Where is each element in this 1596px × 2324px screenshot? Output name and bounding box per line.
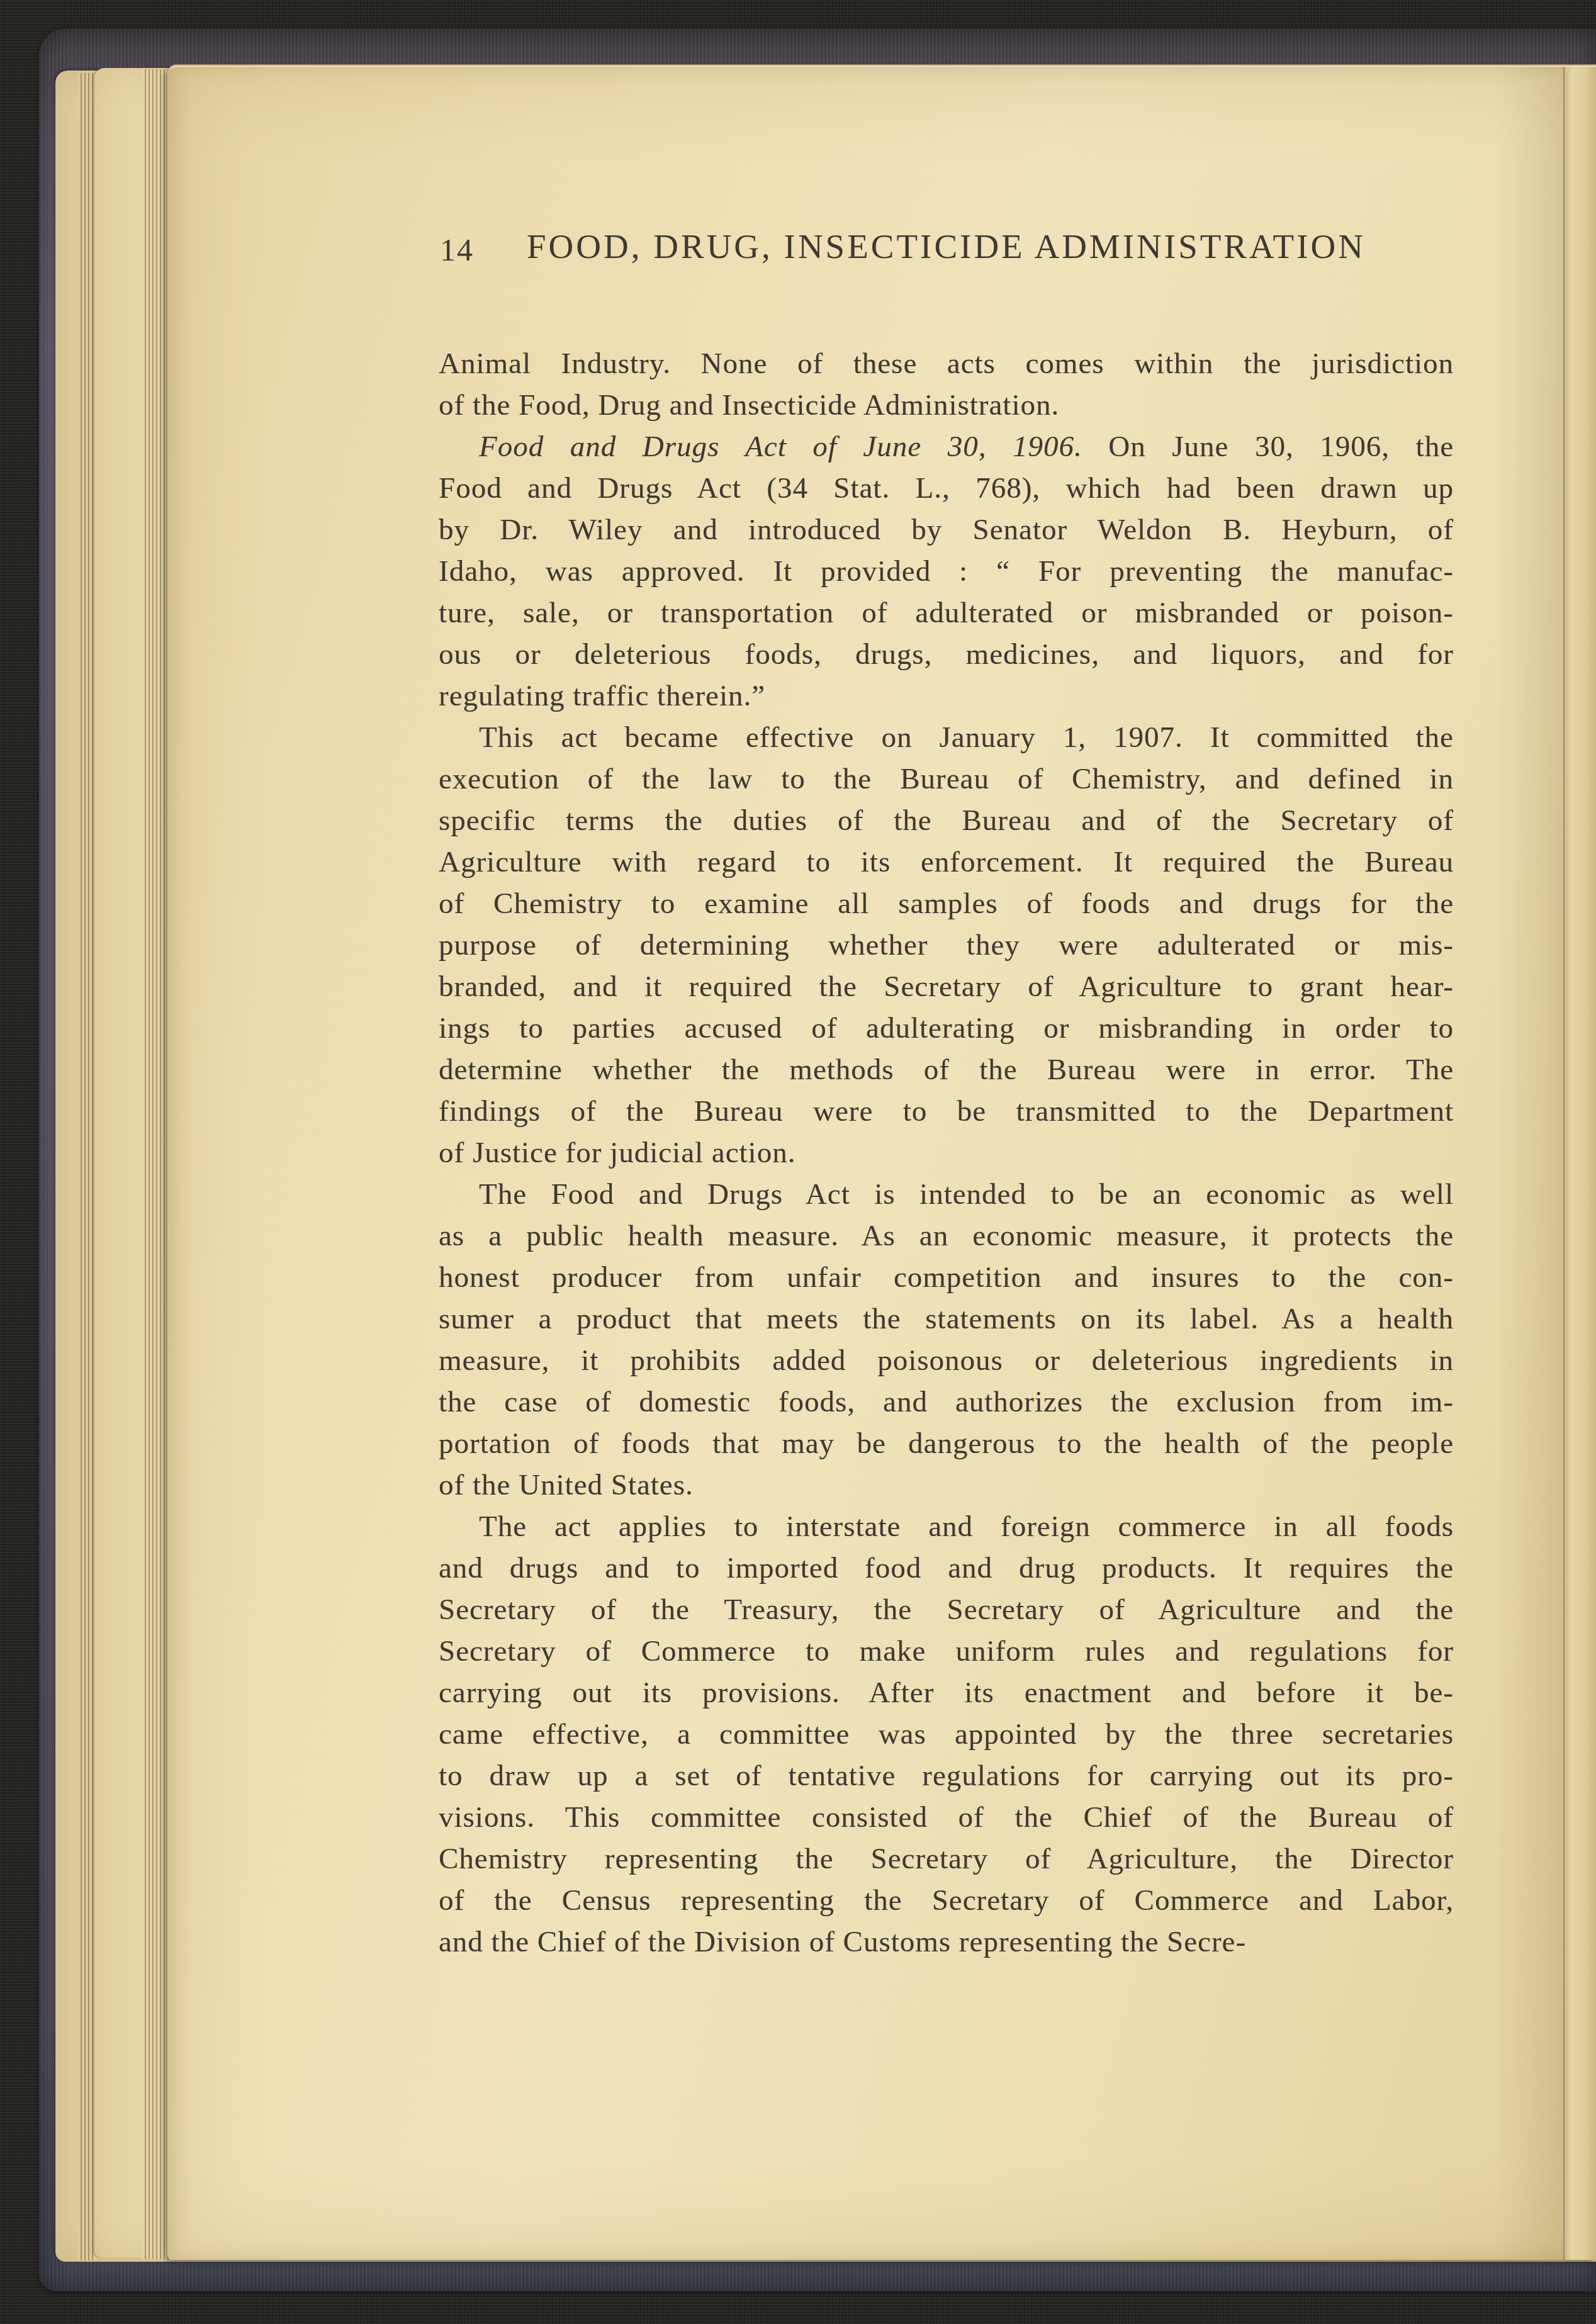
text-segment: purpose of determining whether they were… bbox=[439, 929, 1454, 962]
text-line: branded, and it required the Secretary o… bbox=[439, 966, 1454, 1008]
text-segment: On June 30, 1906, the bbox=[1082, 430, 1454, 463]
text-segment: Animal Industry. None of these acts come… bbox=[439, 347, 1454, 380]
text-segment: ture, sale, or transportation of adulter… bbox=[439, 597, 1454, 629]
text-segment: of the Census representing the Secretary… bbox=[439, 1884, 1454, 1917]
text-segment: came effective, a committee was appointe… bbox=[439, 1718, 1454, 1751]
text-segment: branded, and it required the Secretary o… bbox=[439, 970, 1454, 1003]
text-line: specific terms the duties of the Bureau … bbox=[439, 800, 1454, 841]
text-segment: Agriculture with regard to its enforceme… bbox=[439, 846, 1454, 879]
text-line: of Chemistry to examine all samples of f… bbox=[439, 883, 1454, 924]
text-line: Secretary of Commerce to make uniform ru… bbox=[439, 1631, 1454, 1672]
text-line: ings to parties accused of adulterating … bbox=[439, 1008, 1454, 1049]
page-right-fold bbox=[1563, 67, 1596, 2260]
text-line: Food and Drugs Act of June 30, 1906. On … bbox=[439, 426, 1454, 468]
text-segment: of Chemistry to examine all samples of f… bbox=[439, 887, 1454, 920]
book-page: 14 FOOD, DRUG, INSECTICIDE ADMINISTRATIO… bbox=[167, 65, 1596, 2260]
text-line: came effective, a committee was appointe… bbox=[439, 1714, 1454, 1755]
text-line: determine whether the methods of the Bur… bbox=[439, 1049, 1454, 1091]
scanned-book-photo: 14 FOOD, DRUG, INSECTICIDE ADMINISTRATIO… bbox=[0, 0, 1596, 2324]
text-segment: Food and Drugs Act (34 Stat. L., 768), w… bbox=[439, 472, 1454, 505]
text-line: as a public health measure. As an econom… bbox=[439, 1215, 1454, 1257]
text-segment: The act applies to interstate and foreig… bbox=[479, 1510, 1454, 1543]
page-header: 14 FOOD, DRUG, INSECTICIDE ADMINISTRATIO… bbox=[439, 224, 1454, 269]
text-line: regulating traffic therein.” bbox=[439, 675, 1454, 717]
text-line: Idaho, was approved. It provided : “ For… bbox=[439, 551, 1454, 592]
page-gutter-shading bbox=[1495, 67, 1565, 2260]
text-segment: The Food and Drugs Act is intended to be… bbox=[479, 1178, 1454, 1211]
text-segment: and the Chief of the Division of Customs… bbox=[439, 1926, 1246, 1958]
text-segment: visions. This committee consisted of the… bbox=[439, 1801, 1454, 1834]
text-segment: to draw up a set of tentative regulation… bbox=[439, 1760, 1454, 1792]
text-segment: findings of the Bureau were to be transm… bbox=[439, 1095, 1454, 1128]
text-segment: ings to parties accused of adulterating … bbox=[439, 1012, 1454, 1045]
text-segment: of the Food, Drug and Insecticide Admini… bbox=[439, 389, 1059, 422]
text-segment: regulating traffic therein.” bbox=[439, 680, 765, 712]
text-segment: Idaho, was approved. It provided : “ For… bbox=[439, 555, 1454, 588]
text-line: Agriculture with regard to its enforceme… bbox=[439, 841, 1454, 883]
text-line: visions. This committee consisted of the… bbox=[439, 1797, 1454, 1838]
italic-text-segment: Food and Drugs Act of June 30, 1906. bbox=[479, 430, 1082, 463]
text-segment: honest producer from unfair competition … bbox=[439, 1261, 1454, 1294]
text-line: Secretary of the Treasury, the Secretary… bbox=[439, 1589, 1454, 1631]
text-line: The Food and Drugs Act is intended to be… bbox=[439, 1174, 1454, 1215]
text-line: the case of domestic foods, and authoriz… bbox=[439, 1381, 1454, 1423]
text-line: sumer a product that meets the statement… bbox=[439, 1298, 1454, 1340]
text-segment: This act became effective on January 1, … bbox=[479, 721, 1454, 754]
text-line: carrying out its provisions. After its e… bbox=[439, 1672, 1454, 1714]
text-segment: Secretary of Commerce to make uniform ru… bbox=[439, 1635, 1454, 1668]
text-segment: carrying out its provisions. After its e… bbox=[439, 1676, 1454, 1709]
text-line: findings of the Bureau were to be transm… bbox=[439, 1091, 1454, 1132]
text-segment: specific terms the duties of the Bureau … bbox=[439, 804, 1454, 837]
page-number: 14 bbox=[440, 227, 474, 272]
page-body-text: Animal Industry. None of these acts come… bbox=[439, 343, 1454, 1963]
text-segment: Chemistry representing the Secretary of … bbox=[439, 1843, 1454, 1875]
text-line: measure, it prohibits added poisonous or… bbox=[439, 1340, 1454, 1381]
text-segment: execution of the law to the Bureau of Ch… bbox=[439, 763, 1454, 795]
text-line: ture, sale, or transportation of adulter… bbox=[439, 592, 1454, 634]
running-title: FOOD, DRUG, INSECTICIDE ADMINISTRATION bbox=[527, 227, 1366, 266]
text-segment: ous or deleterious foods, drugs, medicin… bbox=[439, 638, 1454, 671]
text-segment: sumer a product that meets the statement… bbox=[439, 1303, 1454, 1335]
text-line: of Justice for judicial action. bbox=[439, 1132, 1454, 1174]
text-line: This act became effective on January 1, … bbox=[439, 717, 1454, 758]
page-edge-stack-outer bbox=[142, 69, 169, 2259]
text-line: The act applies to interstate and foreig… bbox=[439, 1506, 1454, 1547]
page-edge-stack-inner bbox=[78, 73, 96, 2260]
text-line: and drugs and to imported food and drug … bbox=[439, 1547, 1454, 1589]
text-segment: of the United States. bbox=[439, 1469, 694, 1502]
text-line: by Dr. Wiley and introduced by Senator W… bbox=[439, 509, 1454, 551]
text-line: portation of foods that may be dangerous… bbox=[439, 1423, 1454, 1464]
text-line: Chemistry representing the Secretary of … bbox=[439, 1838, 1454, 1880]
text-line: and the Chief of the Division of Customs… bbox=[439, 1921, 1454, 1963]
text-line: execution of the law to the Bureau of Ch… bbox=[439, 758, 1454, 800]
text-segment: Secretary of the Treasury, the Secretary… bbox=[439, 1593, 1454, 1626]
text-segment: determine whether the methods of the Bur… bbox=[439, 1053, 1454, 1086]
text-line: of the Food, Drug and Insecticide Admini… bbox=[439, 385, 1454, 426]
text-line: of the United States. bbox=[439, 1464, 1454, 1506]
text-segment: measure, it prohibits added poisonous or… bbox=[439, 1344, 1454, 1377]
text-line: honest producer from unfair competition … bbox=[439, 1257, 1454, 1298]
text-segment: by Dr. Wiley and introduced by Senator W… bbox=[439, 514, 1454, 546]
text-line: purpose of determining whether they were… bbox=[439, 924, 1454, 966]
text-line: ous or deleterious foods, drugs, medicin… bbox=[439, 634, 1454, 675]
text-segment: of Justice for judicial action. bbox=[439, 1137, 795, 1169]
text-segment: portation of foods that may be dangerous… bbox=[439, 1427, 1454, 1460]
text-segment: as a public health measure. As an econom… bbox=[439, 1220, 1454, 1252]
text-segment: the case of domestic foods, and authoriz… bbox=[439, 1386, 1454, 1418]
text-line: to draw up a set of tentative regulation… bbox=[439, 1755, 1454, 1797]
text-line: Animal Industry. None of these acts come… bbox=[439, 343, 1454, 385]
text-line: Food and Drugs Act (34 Stat. L., 768), w… bbox=[439, 468, 1454, 509]
text-segment: and drugs and to imported food and drug … bbox=[439, 1552, 1454, 1585]
text-line: of the Census representing the Secretary… bbox=[439, 1880, 1454, 1921]
